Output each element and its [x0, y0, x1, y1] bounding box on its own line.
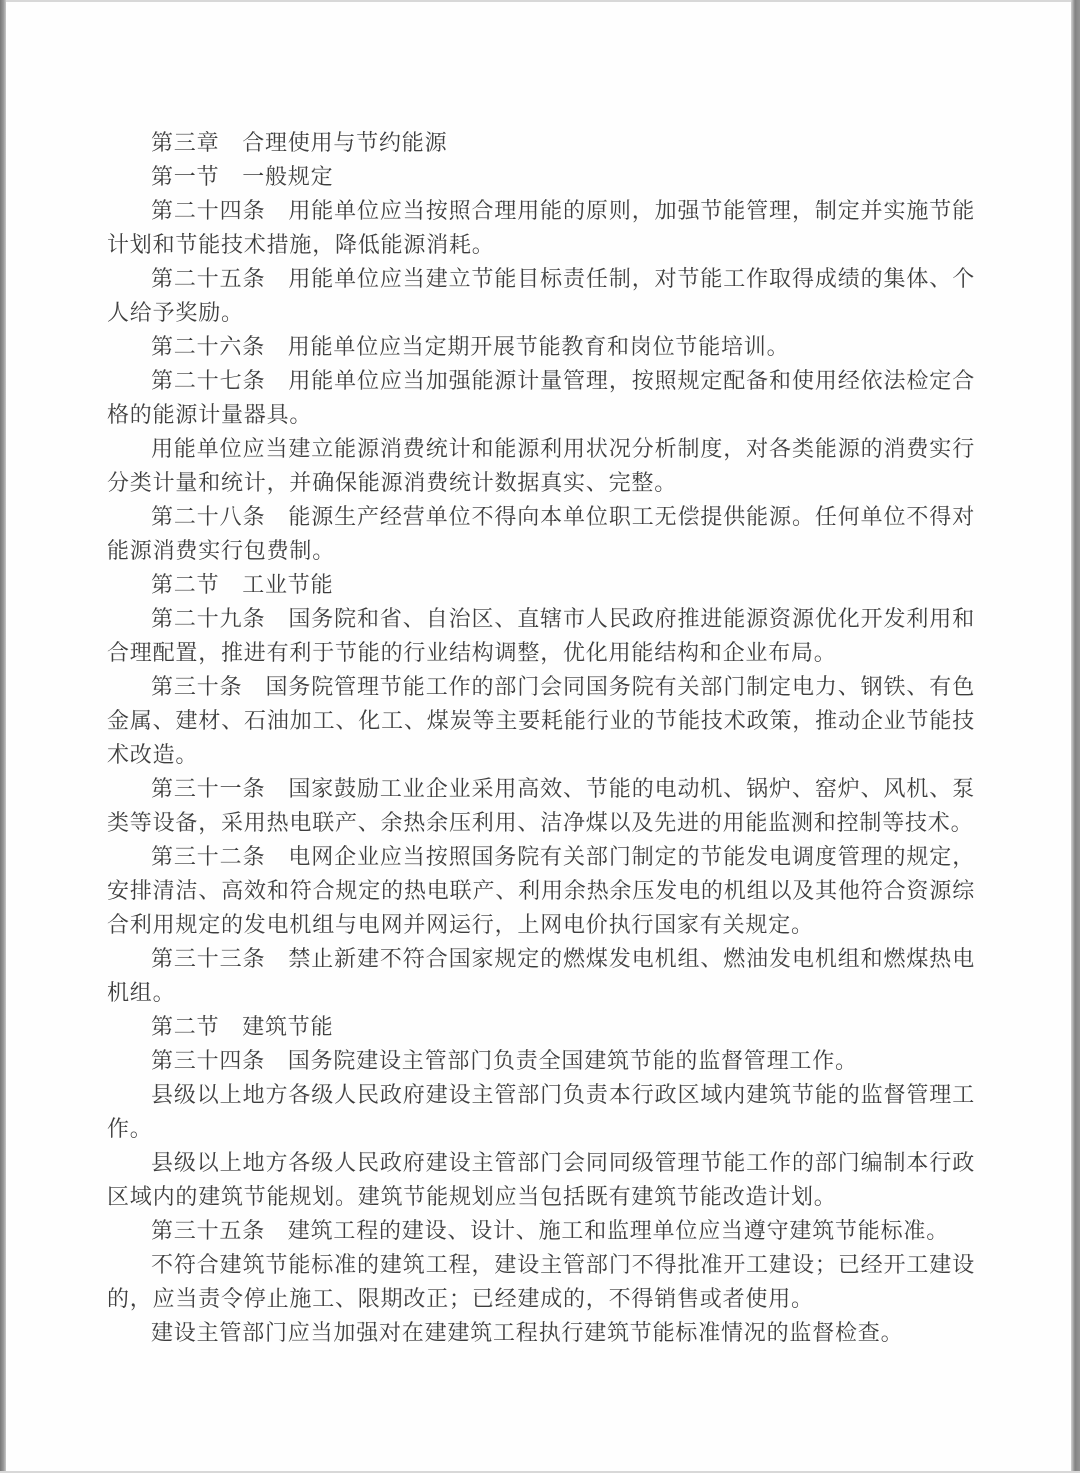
page-content: 第三章 合理使用与节约能源第一节 一般规定第二十四条 用能单位应当按照合理用能的…	[107, 126, 975, 1350]
page-left-edge	[0, 0, 6, 1473]
paragraph: 第二十六条 用能单位应当定期开展节能教育和岗位节能培训。	[107, 330, 975, 364]
paragraph: 第三十二条 电网企业应当按照国务院有关部门制定的节能发电调度管理的规定，安排清洁…	[107, 840, 975, 942]
section-heading: 第一节 一般规定	[107, 160, 975, 194]
paragraph: 县级以上地方各级人民政府建设主管部门会同同级管理节能工作的部门编制本行政区域内的…	[107, 1146, 975, 1214]
paragraph: 用能单位应当建立能源消费统计和能源利用状况分析制度，对各类能源的消费实行分类计量…	[107, 432, 975, 500]
paragraph: 第三十五条 建筑工程的建设、设计、施工和监理单位应当遵守建筑节能标准。	[107, 1214, 975, 1248]
chapter-heading: 第三章 合理使用与节约能源	[107, 126, 975, 160]
paragraph: 第二十九条 国务院和省、自治区、直辖市人民政府推进能源资源优化开发利用和合理配置…	[107, 602, 975, 670]
document-page: 第三章 合理使用与节约能源第一节 一般规定第二十四条 用能单位应当按照合理用能的…	[0, 0, 1080, 1473]
section-heading: 第二节 建筑节能	[107, 1010, 975, 1044]
paragraph: 建设主管部门应当加强对在建建筑工程执行建筑节能标准情况的监督检查。	[107, 1316, 975, 1350]
paragraph: 第二十八条 能源生产经营单位不得向本单位职工无偿提供能源。任何单位不得对能源消费…	[107, 500, 975, 568]
paragraph: 第二十五条 用能单位应当建立节能目标责任制，对节能工作取得成绩的集体、个人给予奖…	[107, 262, 975, 330]
page-top-edge	[0, 0, 1080, 2]
paragraph: 县级以上地方各级人民政府建设主管部门负责本行政区域内建筑节能的监督管理工作。	[107, 1078, 975, 1146]
paragraph: 第二十七条 用能单位应当加强能源计量管理，按照规定配备和使用经依法检定合格的能源…	[107, 364, 975, 432]
paragraph: 第二十四条 用能单位应当按照合理用能的原则，加强节能管理，制定并实施节能计划和节…	[107, 194, 975, 262]
paragraph: 第三十三条 禁止新建不符合国家规定的燃煤发电机组、燃油发电机组和燃煤热电机组。	[107, 942, 975, 1010]
section-heading: 第二节 工业节能	[107, 568, 975, 602]
paragraph: 第三十四条 国务院建设主管部门负责全国建筑节能的监督管理工作。	[107, 1044, 975, 1078]
paragraph: 不符合建筑节能标准的建筑工程，建设主管部门不得批准开工建设；已经开工建设的，应当…	[107, 1248, 975, 1316]
paragraph: 第三十一条 国家鼓励工业企业采用高效、节能的电动机、锅炉、窑炉、风机、泵类等设备…	[107, 772, 975, 840]
paragraph: 第三十条 国务院管理节能工作的部门会同国务院有关部门制定电力、钢铁、有色金属、建…	[107, 670, 975, 772]
page-right-edge	[1071, 0, 1080, 1473]
